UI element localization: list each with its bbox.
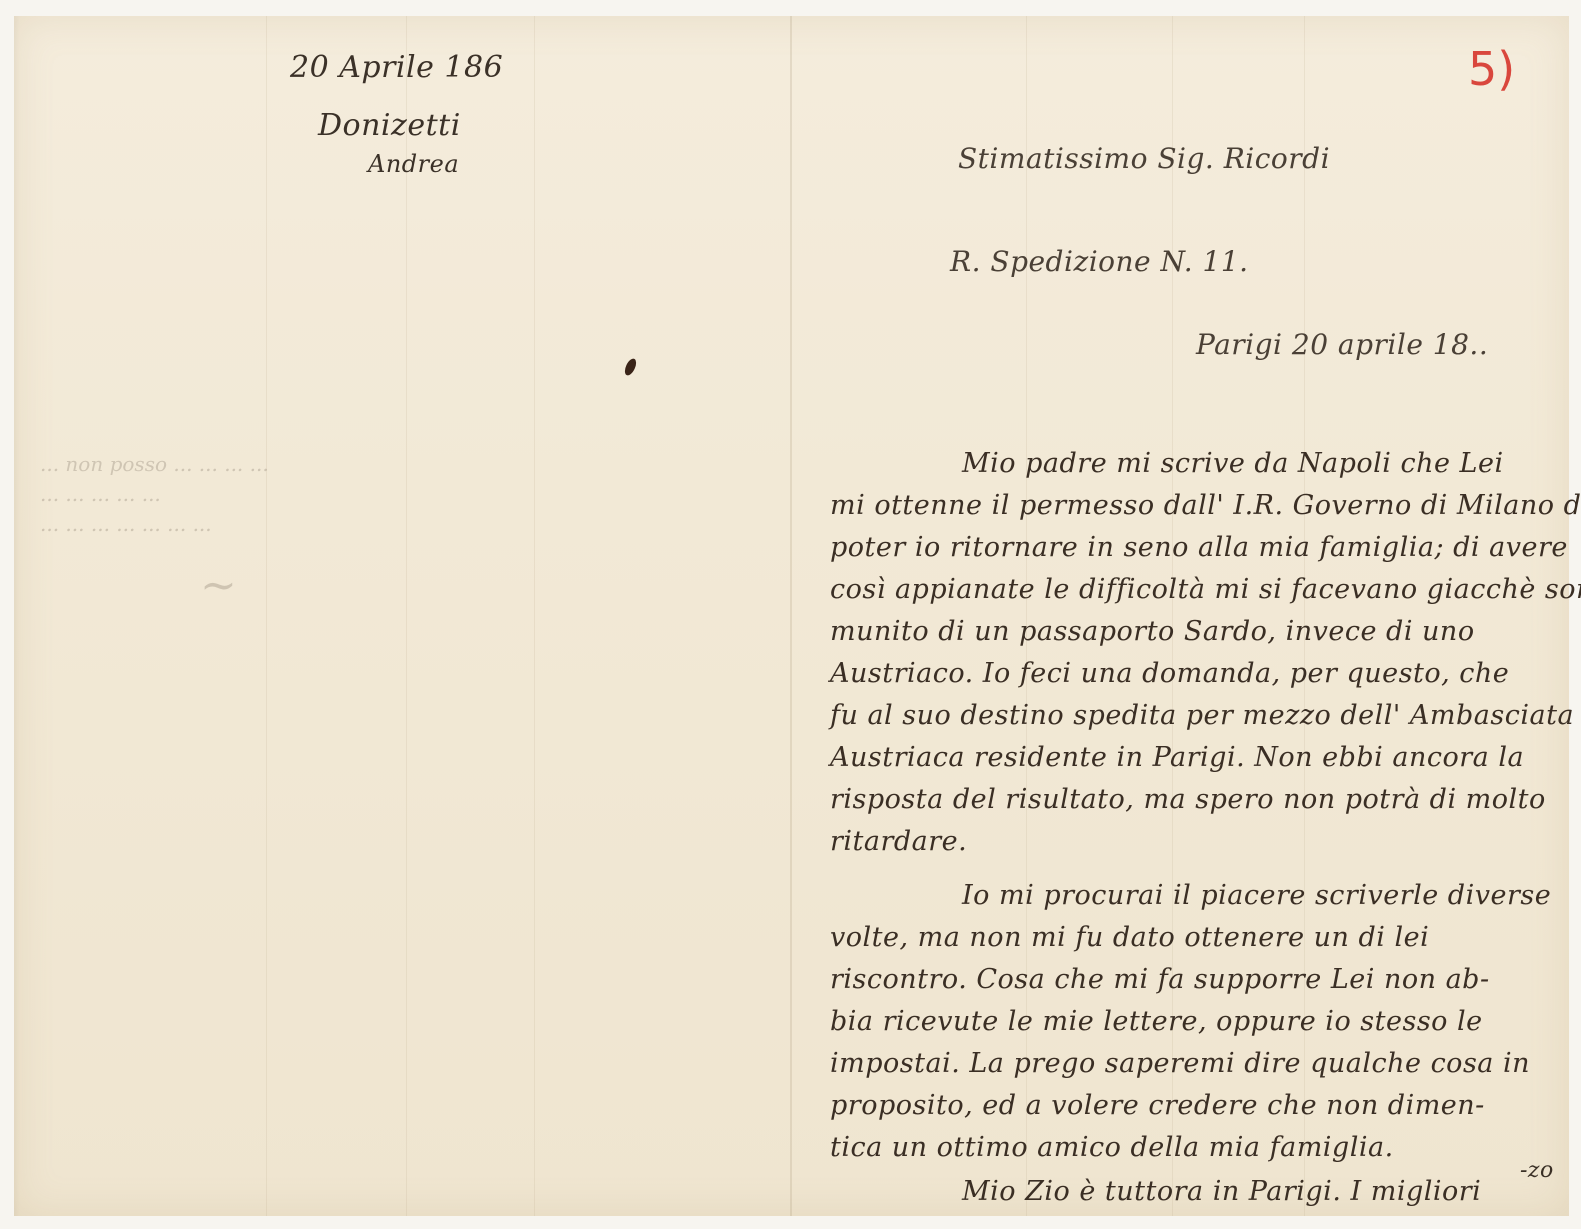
margin-note-name: Donizetti xyxy=(318,108,461,143)
bleed-through-line: ... non posso ... ... ... ... xyxy=(40,452,269,476)
bleed-through-line: ... ... ... ... ... xyxy=(40,482,161,506)
body-line: Io mi procurai il piacere scriverle dive… xyxy=(962,880,1551,911)
continuation-mark: -zo xyxy=(1520,1158,1554,1183)
bleed-through-signature: ~ xyxy=(200,560,237,611)
paper-crease xyxy=(266,16,267,1216)
body-line: tica un ottimo amico della mia famiglia. xyxy=(830,1132,1394,1163)
body-line: Austriaco. Io feci una domanda, per ques… xyxy=(830,658,1509,689)
bleed-through-line: ... ... ... ... ... ... ... xyxy=(40,512,212,536)
body-line: volte, ma non mi fu dato ottenere un di … xyxy=(830,922,1429,953)
body-line: riscontro. Cosa che mi fa supporre Lei n… xyxy=(830,964,1490,995)
center-fold-line xyxy=(790,16,792,1216)
margin-note-firstname: Andrea xyxy=(368,150,459,178)
body-line: mi ottenne il permesso dall' I.R. Govern… xyxy=(830,490,1581,521)
margin-note-date: 20 Aprile 186 xyxy=(290,50,503,85)
page-number-mark: 5) xyxy=(1468,42,1515,96)
salutation: Stimatissimo Sig. Ricordi xyxy=(958,142,1330,175)
body-line: fu al suo destino spedita per mezzo dell… xyxy=(830,700,1574,731)
body-line: bia ricevute le mie lettere, oppure io s… xyxy=(830,1006,1483,1037)
body-line: proposito, ed a volere credere che non d… xyxy=(830,1090,1485,1121)
reference-number: R. Spedizione N. 11. xyxy=(950,245,1249,278)
body-line: Mio padre mi scrive da Napoli che Lei xyxy=(962,448,1504,479)
body-line: poter io ritornare in seno alla mia fami… xyxy=(830,532,1568,563)
paper-crease xyxy=(406,16,407,1216)
body-line: Austriaca residente in Parigi. Non ebbi … xyxy=(830,742,1524,773)
body-line: impostai. La prego saperemi dire qualche… xyxy=(830,1048,1530,1079)
body-line: Mio Zio è tuttora in Parigi. I migliori xyxy=(962,1176,1481,1207)
paper-crease xyxy=(534,16,535,1216)
body-line: munito di un passaporto Sardo, invece di… xyxy=(830,616,1475,647)
body-line: risposta del risultato, ma spero non pot… xyxy=(830,784,1546,815)
place-date: Parigi 20 aprile 18.. xyxy=(1196,328,1488,361)
body-line: ritardare. xyxy=(830,826,967,857)
body-line: così appianate le difficoltà mi si facev… xyxy=(830,574,1581,605)
